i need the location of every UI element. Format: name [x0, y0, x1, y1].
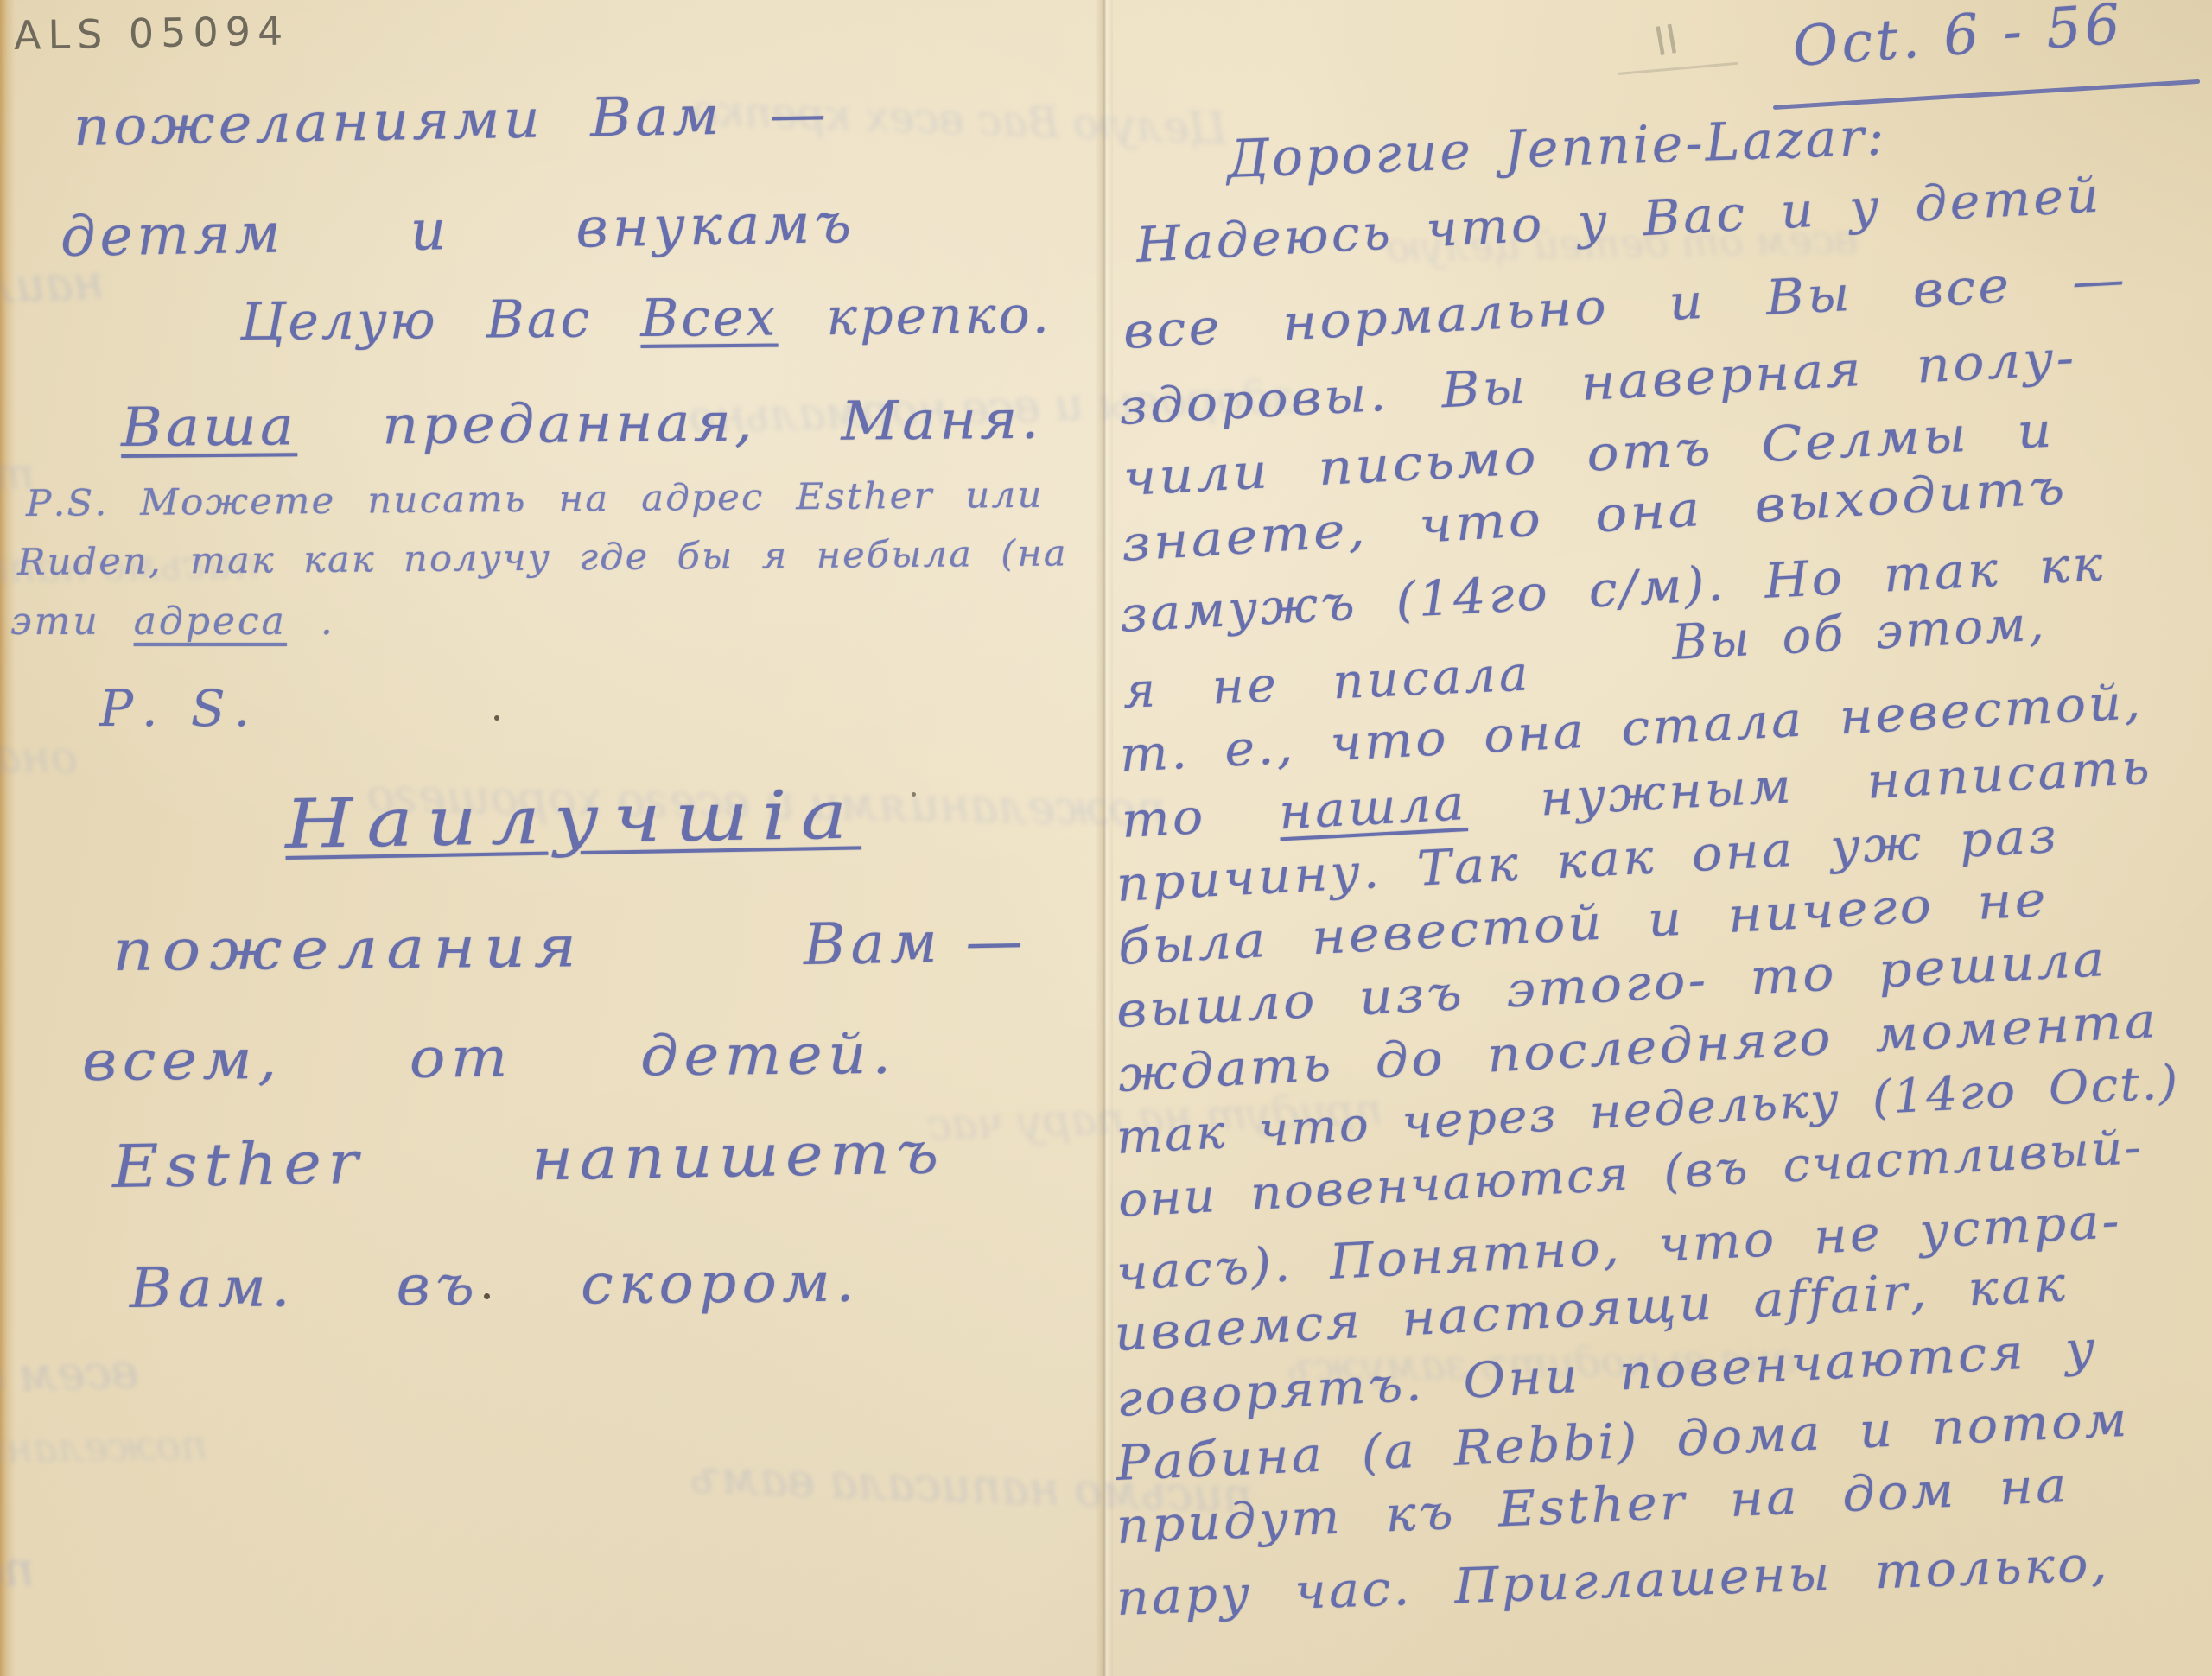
catalog-number: ALS 05094	[14, 7, 290, 59]
bleed-through-text: всем от детей целую	[0, 1343, 139, 1417]
underlined-word: нашла	[1277, 775, 1468, 841]
line-text: крепко.	[778, 285, 1052, 348]
bleed-through-text: она выходитъ замужъ	[0, 723, 79, 784]
underlined-word: Всех	[640, 288, 779, 349]
line-text: преданная, Маня.	[297, 388, 1043, 458]
letter-line: Ruden, так как получу где бы я небыла (н…	[17, 531, 1068, 583]
letter-date: Oct. 6 - 56	[1790, 0, 2125, 79]
letter-line: Целую Вас Всех крепко.	[240, 285, 1052, 352]
page-marker-underline	[1618, 62, 1738, 75]
letter-line: Вам —	[803, 907, 1028, 978]
underlined-word: Ваша	[121, 394, 298, 459]
letter-line: пожелания	[112, 913, 586, 984]
ink-speck	[494, 715, 499, 721]
letter-line: Вам. въ скором.	[130, 1251, 861, 1321]
letter-line: Ваша преданная, Маня.	[121, 388, 1043, 459]
letter-scan: наилучшими пожеланиями так как получу гд…	[0, 0, 2212, 1676]
letter-salutation: Дорогие Jennie-Lazar:	[1226, 106, 1888, 190]
line-text: .	[287, 600, 335, 644]
line-text: эти	[10, 600, 134, 644]
date-underline	[1773, 79, 2200, 110]
line-text: Целую Вас	[240, 289, 641, 352]
ink-speck	[912, 792, 916, 797]
letter-line: пожеланиями Вам —	[73, 82, 829, 158]
line-text: то	[1120, 785, 1280, 849]
page-fold-crease	[1096, 0, 1113, 1676]
underlined-word: адреса	[134, 600, 287, 644]
letter-line: Esther напишетъ	[111, 1119, 945, 1202]
letter-line: эти адреса .	[10, 600, 335, 644]
letter-line: пару час. Приглашены только,	[1116, 1536, 2111, 1627]
bleed-through-text: пожеланиями и всего хорошего	[0, 1421, 207, 1482]
letter-line: P. S.	[99, 679, 258, 738]
letter-line: детям и внукамъ	[60, 192, 855, 270]
letter-line: всем, от детей.	[82, 1023, 897, 1094]
letter-line: P.S. Можете писать на адрес Esther или	[26, 473, 1044, 524]
letter-line: Наилучшiа	[284, 776, 861, 864]
page-marker: II	[1650, 16, 1681, 66]
